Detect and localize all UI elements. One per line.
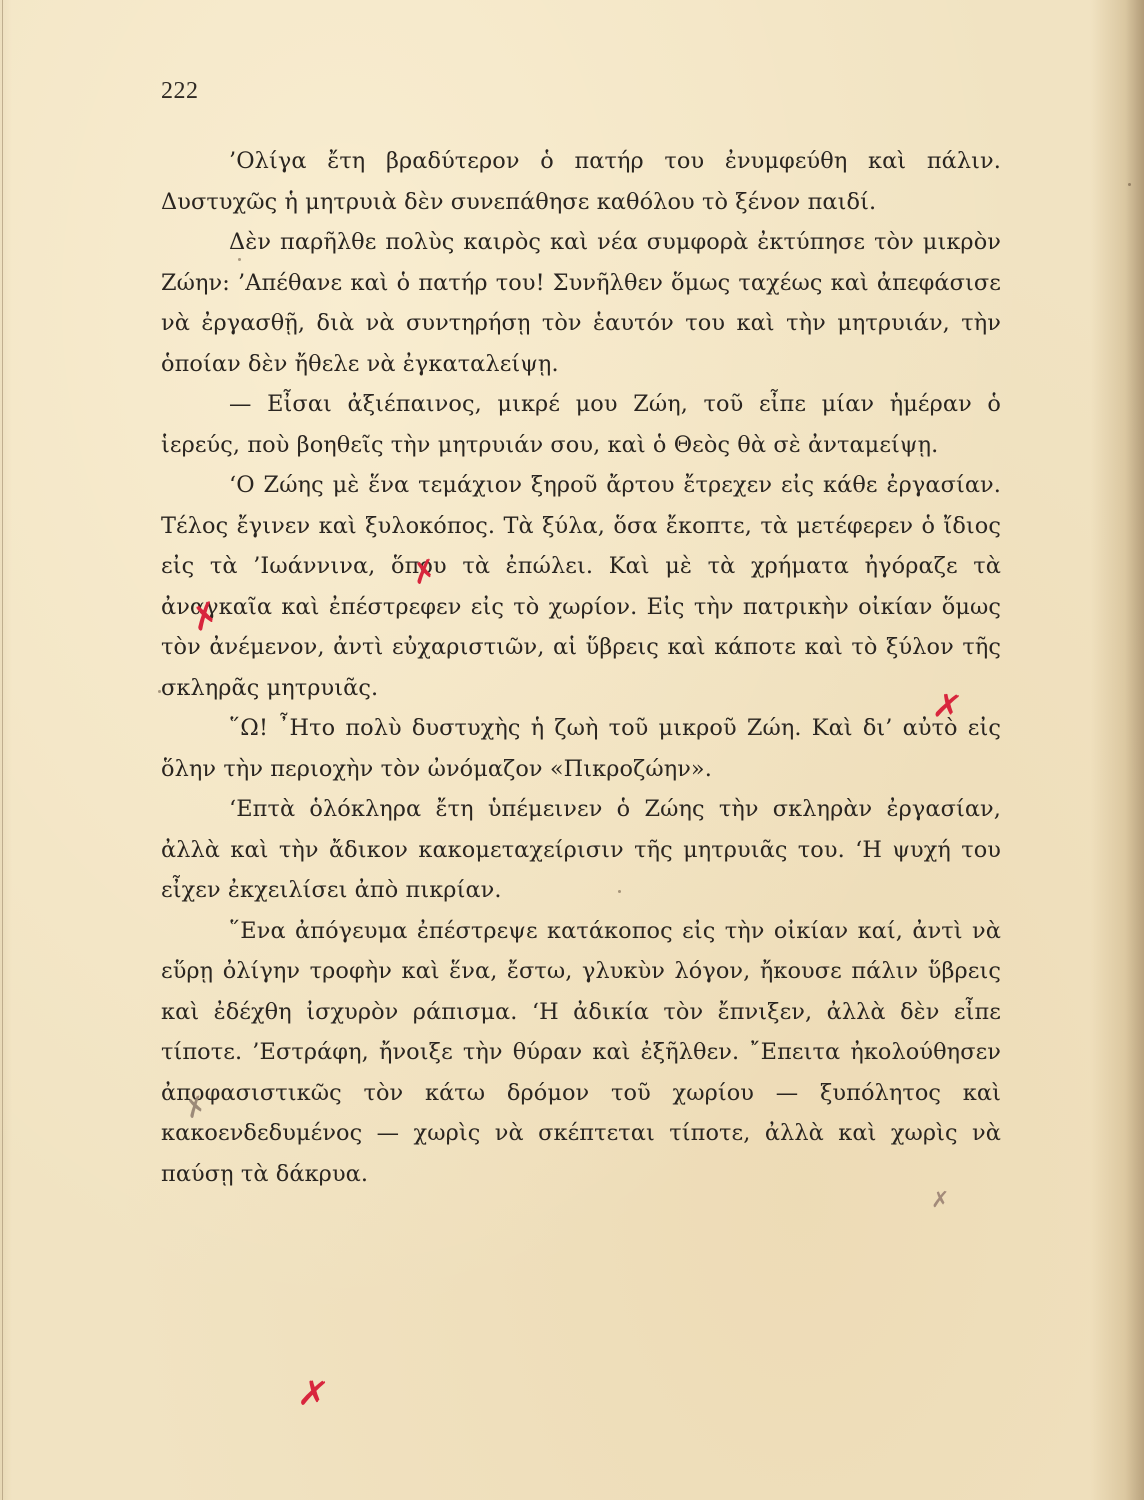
paper-speck: [1128, 183, 1131, 186]
paragraph-1: ’Ολίγα ἔτη βραδύτερον ὁ πατήρ του ἐνυμφε…: [161, 141, 1001, 222]
paragraph-7: ῞Ενα ἀπόγευμα ἐπέστρεψε κατάκοπος εἰς τὴ…: [161, 911, 1001, 1195]
red-cross-mark-icon: ✗: [296, 1375, 331, 1415]
page-left-edge: [2, 0, 3, 1500]
paper-speck: [158, 690, 161, 693]
paper-speck: [618, 890, 621, 893]
paragraph-6: ‘Επτὰ ὁλόκληρα ἔτη ὑπέμεινεν ὁ Ζώης τὴν …: [161, 789, 1001, 911]
paragraph-5: ῞Ω! ῏Ητο πολὺ δυστυχὴς ἡ ζωὴ τοῦ μικροῦ …: [161, 708, 1001, 789]
body-text: ’Ολίγα ἔτη βραδύτερον ὁ πατήρ του ἐνυμφε…: [161, 141, 1001, 1194]
paragraph-4: ‘Ο Ζώης μὲ ἕνα τεμάχιον ξηροῦ ἄρτου ἔτρε…: [161, 465, 1001, 708]
paper-speck: [238, 258, 241, 261]
page-number: 222: [161, 78, 199, 105]
paragraph-2: Δὲν παρῆλθε πολὺς καιρὸς καὶ νέα συμφορὰ…: [161, 222, 1001, 384]
paragraph-3: — Εἶσαι ἀξιέπαινος, μικρέ μου Ζώη, τοῦ ε…: [161, 384, 1001, 465]
